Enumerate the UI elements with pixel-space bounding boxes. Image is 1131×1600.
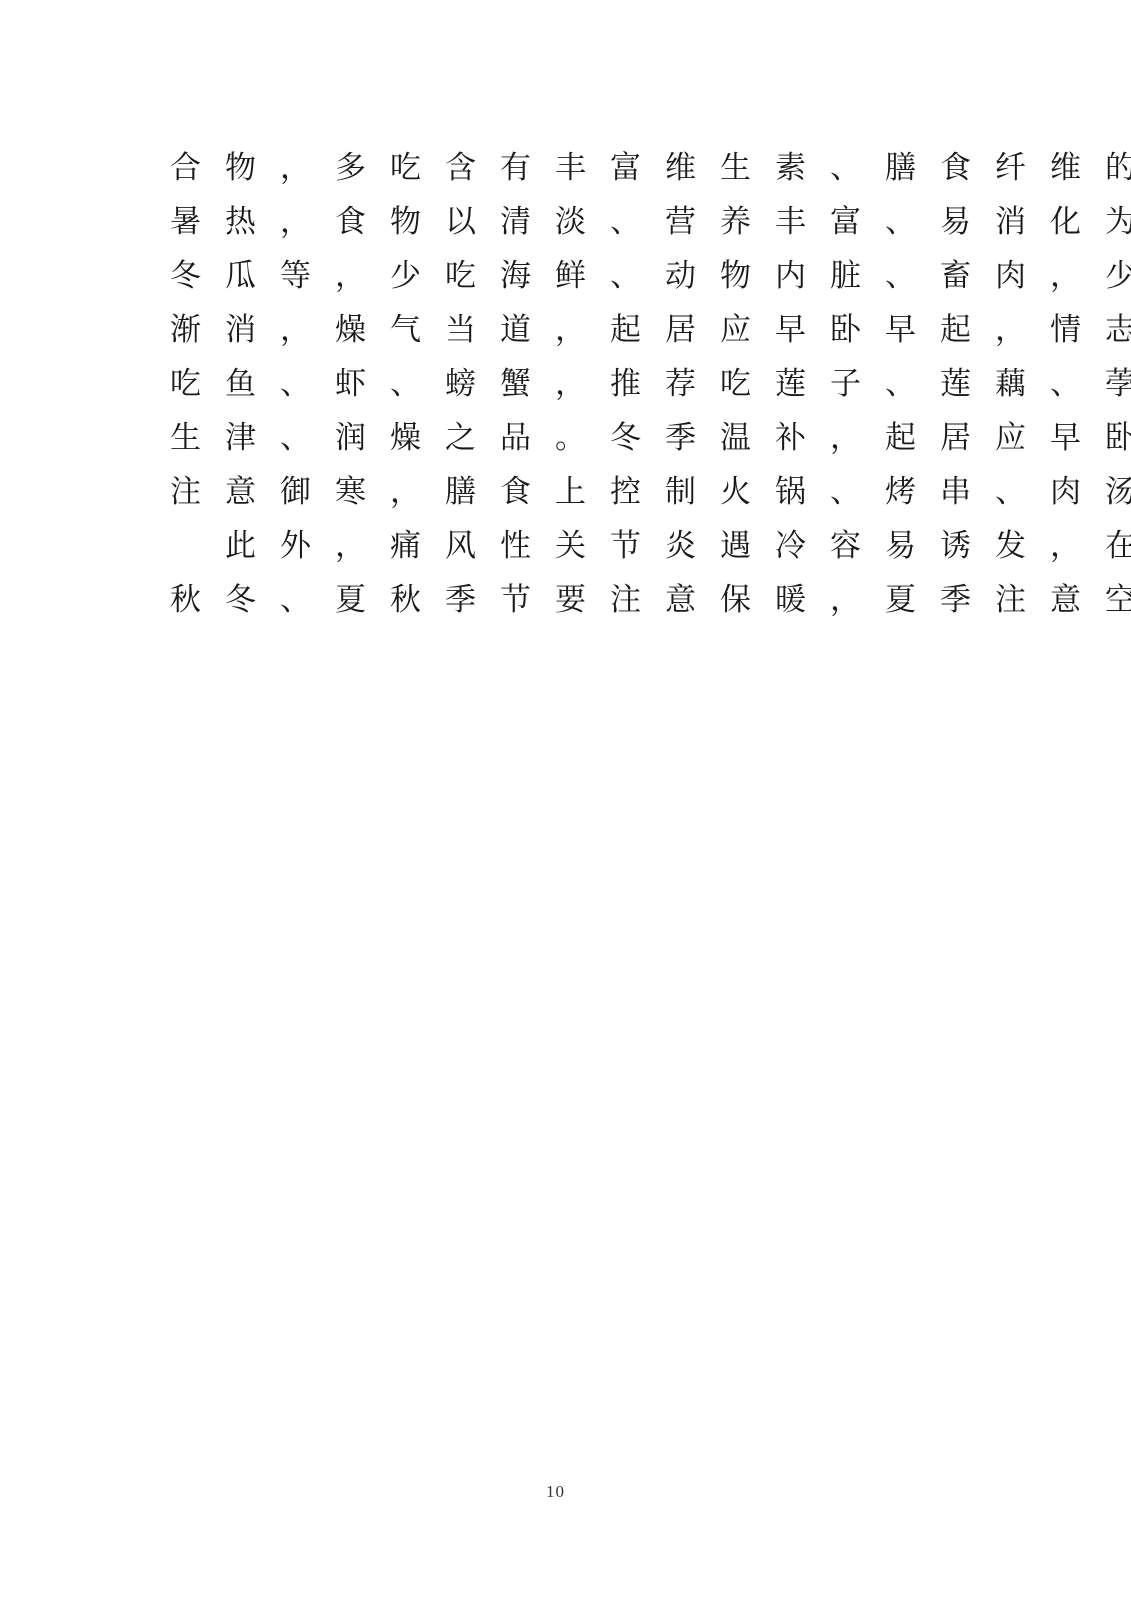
text-line: 合物，多吃含有丰富维生素、膳食纤维的蔬菜和水果。夏季 [170, 141, 942, 195]
text-line: 生津、润燥之品。冬季温补，起居应早卧晚起，居处宜保暖， [170, 411, 942, 465]
text-line: 注意御寒，膳食上控制火锅、烤串、肉汤等摄入。 [170, 465, 942, 519]
document-page: 合物，多吃含有丰富维生素、膳食纤维的蔬菜和水果。夏季 暑热，食物以清淡、营养丰富… [0, 0, 1131, 1600]
text-line: 此外，痛风性关节炎遇冷容易诱发，在气候冷热交替的 [170, 519, 942, 573]
paragraph-seasonal-diet: 合物，多吃含有丰富维生素、膳食纤维的蔬菜和水果。夏季 暑热，食物以清淡、营养丰富… [170, 141, 942, 519]
paragraph-keep-warm: 此外，痛风性关节炎遇冷容易诱发，在气候冷热交替的 秋冬、夏秋季节要注意保暖，夏季… [170, 519, 942, 627]
text-line: 暑热，食物以清淡、营养丰富、易消化为好，推荐吃丝瓜、 [170, 195, 942, 249]
text-line: 冬瓜等，少吃海鲜、动物内脏、畜肉，少吃生冷。秋季暑气 [170, 249, 942, 303]
body-text: 合物，多吃含有丰富维生素、膳食纤维的蔬菜和水果。夏季 暑热，食物以清淡、营养丰富… [170, 141, 942, 627]
text-line: 渐消，燥气当道，起居应早卧早起，情志上要安定平和，少 [170, 303, 942, 357]
text-line: 秋冬、夏秋季节要注意保暖，夏季注意空调温度不要过低。 [170, 573, 942, 627]
text-line: 吃鱼、虾、螃蟹，推荐吃莲子、莲藕、荸荠、百合等甘凉、 [170, 357, 942, 411]
page-number: 10 [0, 1482, 1111, 1502]
